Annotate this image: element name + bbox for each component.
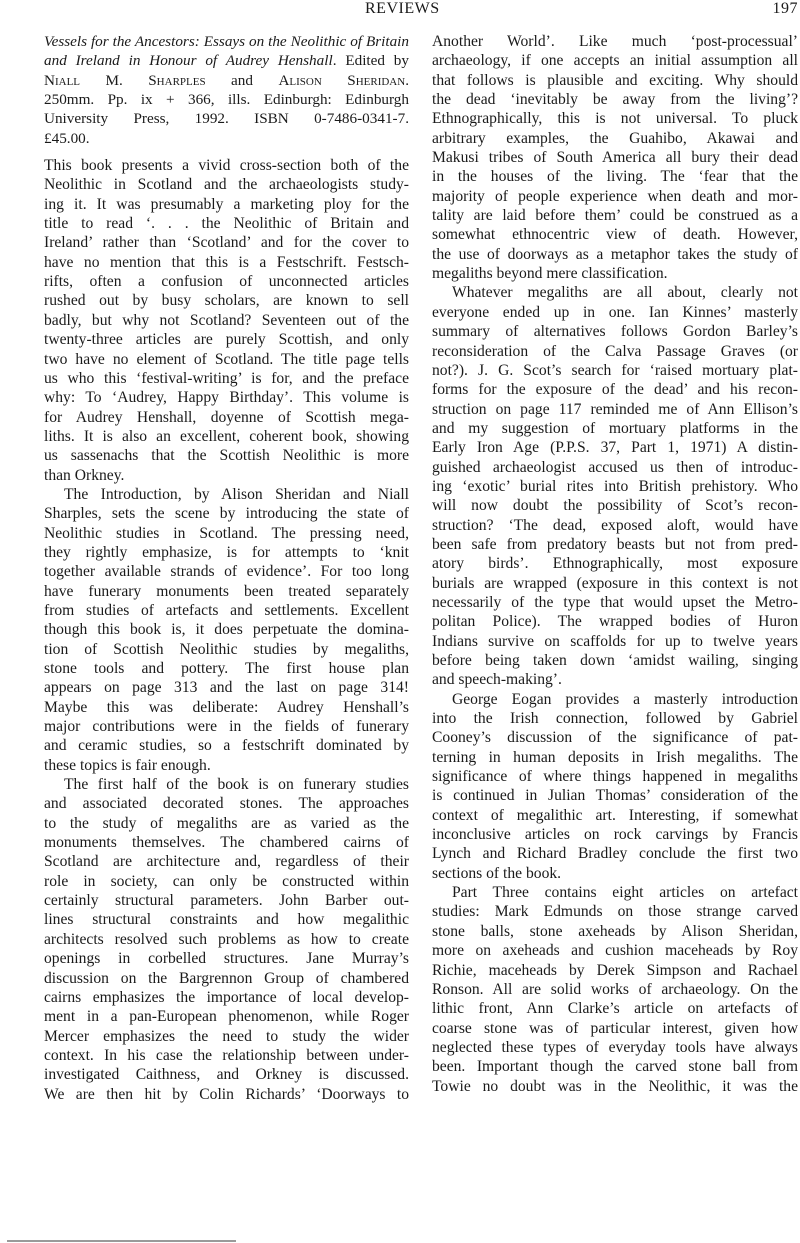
text-line: This book presents a vivid cross-section… [44,156,409,175]
text-line: that follows is plausible and exciting. … [432,71,798,90]
text-line: and speech-making’. [432,670,798,689]
text-line: been safe from predatory beasts but not … [432,535,798,554]
text-line: us sassenachs that the Scottish Neolithi… [44,446,409,465]
text-line: these topics is fair enough. [44,756,409,775]
text-line: why: To ‘Audrey, Happy Birthday’. This v… [44,388,409,407]
text-line: majority of people experience when death… [432,187,798,206]
text-line: George Eogan provides a masterly introdu… [432,690,798,709]
text-line: arbitrary examples, the Guahibo, Akawai … [432,129,798,148]
text-line: tion of Scottish Neolithic studies by me… [44,640,409,659]
text-line: Cooney’s discussion of the significance … [432,728,798,747]
book-title-text: Vessels for the Ancestors: Essays on the… [44,33,409,50]
text-line: us who this ‘festival-writing’ is for, a… [44,369,409,388]
paragraph: The Introduction, by Alison Sheridan and… [44,485,409,775]
text-line: lithic front, Ann Clarke’s article on ar… [432,999,798,1018]
left-column: Vessels for the Ancestors: Essays on the… [44,32,409,1104]
text-line: two have no element of Scotland. The tit… [44,350,409,369]
text-line: Ronson. All are solid works of archaeolo… [432,980,798,999]
text-line: Lynch and Richard Bradley conclude the f… [432,844,798,863]
left-column-body: This book presents a vivid cross-section… [44,156,409,1104]
footer-rule [7,1240,236,1242]
text-line: cairns emphasizes the importance of loca… [44,988,409,1007]
text-line: terning in human deposits in Irish megal… [432,748,798,767]
text-line: politan Police). The wrapped bodies of H… [432,612,798,631]
right-column-body: Another World’. Like much ‘post-processu… [432,32,798,1096]
text-line: sections of the book. [432,864,798,883]
text-line: archaeology, if one accepts an initial a… [432,51,798,70]
text-line: ing it. It was presumably a marketing pl… [44,195,409,214]
text-line: rushed out by busy scholars, are known t… [44,291,409,310]
text-line: context. In his case the relationship be… [44,1046,409,1065]
text-line: ing ‘exotic’ burial rites into British p… [432,477,798,496]
citation-text: and [206,72,279,89]
text-line: Early Iron Age (P.P.S. 37, Part 1, 1971)… [432,438,798,457]
text-line: and ceramic studies, so a festschrift do… [44,736,409,755]
text-line: architects resolved such problems as how… [44,930,409,949]
text-line: have no mention that this is a Festschri… [44,253,409,272]
text-line: context of megalithic art. Interesting, … [432,806,798,825]
citation-line: Vessels for the Ancestors: Essays on the… [44,32,409,51]
text-line: openings in corbelled structures. Jane M… [44,949,409,968]
text-line: Towie no doubt was in the Neolithic, it … [432,1077,798,1096]
text-line: The first half of the book is on funerar… [44,775,409,794]
text-line: discussion on the Bargrennon Group of ch… [44,969,409,988]
text-line: Neolithic studies in Scotland. The press… [44,524,409,543]
text-line: before being taken down ‘amidst wailing,… [432,651,798,670]
paragraph: George Eogan provides a masterly introdu… [432,690,798,883]
paragraph: Whatever megaliths are all about, clearl… [432,283,798,689]
text-line: more on axeheads and cushion maceheads b… [432,941,798,960]
book-citation: Vessels for the Ancestors: Essays on the… [44,32,409,148]
text-line: guished archaeologist accused us then of… [432,458,798,477]
text-line: necessarily of the type that would upset… [432,593,798,612]
text-line: not?). J. G. Scot’s search for ‘raised m… [432,361,798,380]
text-line: summary of alternatives follows Gordon B… [432,322,798,341]
text-line: Scotland are architecture and, regardles… [44,852,409,871]
book-title-text: and Ireland in Honour of Audrey Henshall [44,52,333,69]
text-line: rifts, often a confusion of unconnected … [44,272,409,291]
text-line: will now doubt the possibility of Scot’s… [432,496,798,515]
text-line: and my suggestion of mortuary platforms … [432,419,798,438]
text-line: and associated decorated stones. The app… [44,794,409,813]
text-line: the dead ‘inevitably be away from the li… [432,90,798,109]
text-line: Another World’. Like much ‘post-processu… [432,32,798,51]
text-line: from studies of artefacts and settlement… [44,601,409,620]
text-line: atory birds’. Ethnographically, most exp… [432,554,798,573]
text-line: for Audrey Henshall, doyenne of Scottish… [44,408,409,427]
text-line: monuments themselves. The chambered cair… [44,833,409,852]
text-line: stone balls, stone axeheads by Alison Sh… [432,922,798,941]
citation-line: 250mm. Pp. ix + 366, ills. Edinburgh: Ed… [44,90,409,109]
text-line: badly, but why not Scotland? Seventeen o… [44,311,409,330]
text-line: appears on page 313 and the last on page… [44,678,409,697]
text-line: studies: Mark Edmunds on those strange c… [432,902,798,921]
text-line: into the Irish connection, followed by G… [432,709,798,728]
citation-text: 250mm. Pp. ix + 366, ills. Edinburgh: Ed… [44,91,409,108]
text-line: Maybe this was deliberate: Audrey Hensha… [44,698,409,717]
text-line: struction? ‘The dead, exposed aloft, wou… [432,516,798,535]
text-line: inconclusive articles on rock carvings b… [432,825,798,844]
text-line: Part Three contains eight articles on ar… [432,883,798,902]
text-line: liths. It is also an excellent, coherent… [44,427,409,446]
text-line: in the houses of the living. The ‘fear t… [432,167,798,186]
text-line: tality are laid before them’ could be co… [432,206,798,225]
citation-gap [44,148,409,156]
text-line: they rightly emphasize, is for attempts … [44,543,409,562]
text-line: together available strands of evidence’.… [44,562,409,581]
text-line: lines structural constraints and how meg… [44,910,409,929]
text-line: coarse stone was of particular interest,… [432,1019,798,1038]
text-line: Mercer emphasizes the need to study the … [44,1027,409,1046]
text-line: reconsideration of the Calva Passage Gra… [432,342,798,361]
text-line: stone tools and pottery. The first house… [44,659,409,678]
text-line: forms for the exposure of the dead’ and … [432,380,798,399]
paragraph: This book presents a vivid cross-section… [44,156,409,485]
text-line: the use of doorways as a metaphor takes … [432,245,798,264]
text-line: major contributions were in the fields o… [44,717,409,736]
citation-line: and Ireland in Honour of Audrey Henshall… [44,51,409,70]
citation-text: . Edited by [333,52,409,69]
paragraph: Another World’. Like much ‘post-processu… [432,32,798,283]
text-line: though this book is, it does perpetuate … [44,620,409,639]
text-line: significance of where things happened in… [432,767,798,786]
citation-line: £45.00. [44,129,409,148]
text-line: title to read ‘. . . the Neolithic of Br… [44,214,409,233]
text-line: burials are wrapped (exposure in this co… [432,574,798,593]
text-line: certainly structural parameters. John Ba… [44,891,409,910]
text-line: investigated Caithness, and Orkney is di… [44,1065,409,1084]
text-line: been. Important though the carved stone … [432,1057,798,1076]
paragraph: Part Three contains eight articles on ar… [432,883,798,1096]
text-line: Neolithic in Scotland and the archaeolog… [44,175,409,194]
citation-text: £45.00. [44,130,90,147]
citation-line: University Press, 1992. ISBN 0-7486-0341… [44,109,409,128]
text-line: than Orkney. [44,466,409,485]
paragraph: The first half of the book is on funerar… [44,775,409,1104]
citation-text: University Press, 1992. ISBN 0-7486-0341… [44,110,409,127]
text-line: neglected these types of everyday tools … [432,1038,798,1057]
text-line: Ireland’ rather than ‘Scotland’ and for … [44,233,409,252]
text-line: is continued in Julian Thomas’ considera… [432,786,798,805]
running-head: REVIEWS 197 [0,0,800,22]
text-line: Whatever megaliths are all about, clearl… [432,283,798,302]
running-head-title: REVIEWS [365,0,440,18]
editor-name-text: Alison Sheridan [278,72,405,89]
text-line: We are then hit by Colin Richards’ ‘Door… [44,1085,409,1104]
page-number: 197 [773,0,799,18]
text-line: everyone ended up in one. Ian Kinnes’ ma… [432,303,798,322]
citation-line: Niall M. Sharples and Alison Sheridan. [44,71,409,90]
text-line: have funerary monuments been treated sep… [44,582,409,601]
text-line: role in society, can only be constructed… [44,872,409,891]
text-line: somewhat ethnocentric view of death. How… [432,225,798,244]
citation-text: . [405,72,409,89]
text-line: to the study of megaliths are as varied … [44,814,409,833]
text-line: Indians survive on scaffolds for up to t… [432,632,798,651]
text-line: Sharples, sets the scene by introducing … [44,504,409,523]
text-line: The Introduction, by Alison Sheridan and… [44,485,409,504]
text-line: Richie, maceheads by Derek Simpson and R… [432,961,798,980]
right-column: Another World’. Like much ‘post-processu… [432,32,798,1096]
text-line: struction on page 117 reminded me of Ann… [432,400,798,419]
text-line: Makusi tribes of South America all bury … [432,148,798,167]
editor-name-text: Niall M. Sharples [44,72,206,89]
text-line: twenty-three articles are purely Scottis… [44,330,409,349]
text-line: Ethnographically, this is not universal.… [432,109,798,128]
text-line: megaliths beyond mere classification. [432,264,798,283]
text-line: ment in a pan-European phenomenon, while… [44,1007,409,1026]
